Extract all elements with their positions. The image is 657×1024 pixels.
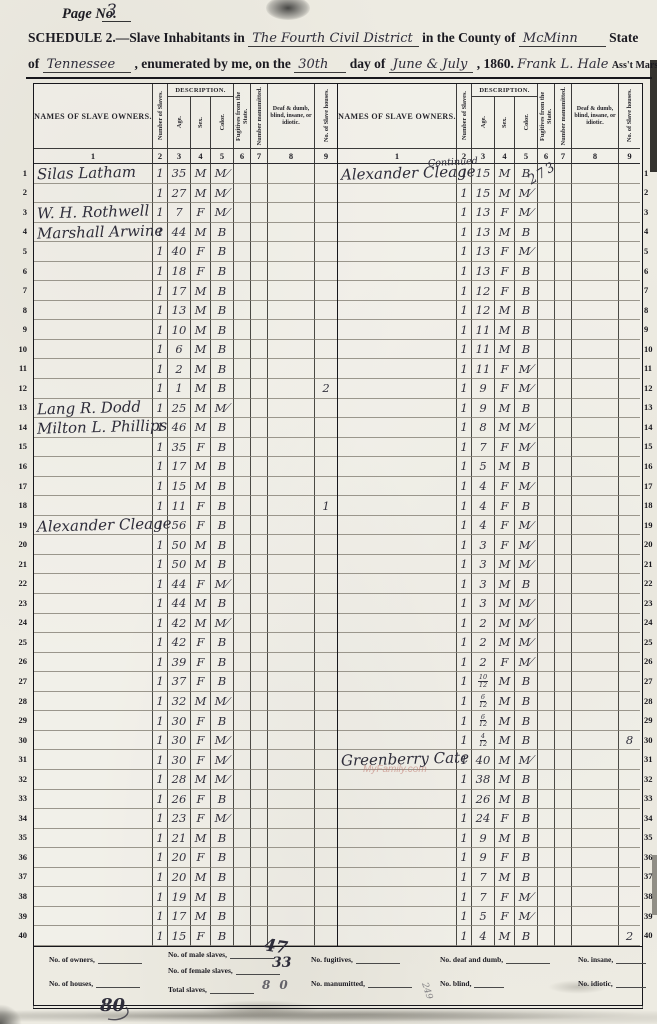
row-number: 9 [12,319,29,339]
deaf-dumb-cell [572,848,619,868]
row-number: 18 [12,495,29,515]
deaf-dumb-cell [572,223,619,243]
age-cell: 38 [472,770,495,790]
owner-cell [338,438,457,458]
age-cell: 5 [472,907,495,927]
deaf-dumb-cell [268,223,315,243]
slave-count-cell: 1 [457,829,472,849]
slave-schedule-table: NAMES OF SLAVE OWNERS. Number of Slaves.… [33,83,643,947]
slave-count-cell: 1 [457,868,472,888]
slave-count-cell: 1 [457,887,472,907]
manumitted-cell [251,477,268,497]
manumitted-cell [251,614,268,634]
age-cell: 13 [472,223,495,243]
slave-count-cell: 1 [457,614,472,634]
slave-count-cell: 1 [153,711,168,731]
age-cell: 42 [168,633,191,653]
fugitives-cell [538,848,555,868]
age-cell: 35 [168,438,191,458]
slave-houses-cell [619,809,640,829]
sex-cell: M [191,340,211,360]
sex-cell: M [191,829,211,849]
age-cell: 13 [168,301,191,321]
owner-cell [338,535,457,555]
houses-total-field: No. of houses, [49,979,140,988]
slave-houses-cell [315,242,337,262]
fugitives-cell [234,848,251,868]
slave-houses-cell [315,770,337,790]
county-label: in the County of [422,30,515,45]
slave-houses-cell [315,633,337,653]
fugitives-cell [234,496,251,516]
slave-houses-cell [619,418,640,438]
color-cell: B [211,320,234,340]
sex-cell: M [191,535,211,555]
row-number: 27 [644,671,657,691]
col-header-description: DESCRIPTION. [472,84,538,97]
year-label: , 1860. [477,56,514,71]
row-number: 35 [644,828,657,848]
owner-cell [34,438,153,458]
column-number: 5 [515,149,538,164]
row-number: 22 [644,573,657,593]
owner-cell: Lang R. Dodd [34,399,153,419]
row-number: 2 [644,183,657,203]
slave-houses-cell [315,750,337,770]
slave-houses-cell [315,418,337,438]
color-cell: B [211,848,234,868]
sex-cell: F [191,262,211,282]
col-header-fugitives: Fugitives from the State. [234,84,251,149]
owners-total-field: No. of owners, [49,955,142,964]
deaf-dumb-cell [268,750,315,770]
sex-cell: M [191,614,211,634]
slave-count-cell: 1 [153,164,168,184]
manumitted-cell [251,359,268,379]
slave-houses-cell [315,340,337,360]
fugitives-cell [234,535,251,555]
owner-cell [338,653,457,673]
col-header-description: DESCRIPTION. [168,84,234,97]
sex-cell: F [191,848,211,868]
manumitted-cell [251,418,268,438]
manumitted-cell [555,711,572,731]
slave-houses-cell [315,809,337,829]
sex-cell: M [191,379,211,399]
manumitted-cell [555,399,572,419]
manumitted-cell [555,750,572,770]
slave-count-cell: 1 [457,301,472,321]
sex-cell: F [191,653,211,673]
manumitted-cell [251,692,268,712]
col-header-names: NAMES OF SLAVE OWNERS. [338,84,457,149]
row-number: 5 [644,241,657,261]
row-number: 29 [644,710,657,730]
deaf-dumb-cell [268,887,315,907]
slave-count-cell: 1 [153,535,168,555]
manumitted-cell [555,320,572,340]
row-number: 19 [12,515,29,535]
deaf-dumb-cell [268,790,315,810]
fugitives-cell [538,262,555,282]
row-number: 34 [644,808,657,828]
manumitted-cell [251,320,268,340]
fugitives-cell [538,477,555,497]
slave-houses-cell [315,281,337,301]
row-number: 33 [644,789,657,809]
deaf-dumb-cell [572,711,619,731]
color-cell: B [515,340,538,360]
color-cell: B [515,223,538,243]
sex-cell: M [495,320,515,340]
deaf-dumb-cell [268,379,315,399]
sex-cell: M [495,418,515,438]
slave-houses-cell [315,438,337,458]
owner-cell: Silas Latham [34,164,153,184]
sex-cell: M [495,457,515,477]
color-cell: B [211,359,234,379]
age-cell: 50 [168,555,191,575]
row-number: 31 [644,749,657,769]
slave-count-cell: 1 [457,418,472,438]
slave-count-cell: 1 [457,770,472,790]
slave-houses-cell [315,672,337,692]
header-rule [26,77,652,79]
slave-houses-cell [619,633,640,653]
row-number: 24 [644,613,657,633]
row-number: 38 [12,886,29,906]
row-number: 13 [12,398,29,418]
row-number: 23 [644,593,657,613]
age-cell: 6 [168,340,191,360]
color-cell: B [211,555,234,575]
owner-cell [338,184,457,204]
manumitted-cell [555,848,572,868]
age-cell: 7 [472,868,495,888]
color-cell: B [211,418,234,438]
column-number: 8 [572,149,619,164]
manumitted-cell [251,848,268,868]
sex-cell: F [191,731,211,751]
slave-count-cell: 1 [153,379,168,399]
slave-houses-cell [315,184,337,204]
column-number: 6 [234,149,251,164]
sex-cell: F [495,516,515,536]
owner-cell [34,555,153,575]
row-number: 10 [644,339,657,359]
row-number: 23 [12,593,29,613]
col-header-manumitted: Number manumitted. [251,84,268,149]
manumitted-cell [555,184,572,204]
sex-cell: M [191,692,211,712]
slave-houses-cell [619,301,640,321]
sex-cell: M [191,418,211,438]
deaf-dumb-cell [268,359,315,379]
deaf-dumb-cell [572,868,619,888]
age-cell: 2 [472,653,495,673]
owner-cell [338,574,457,594]
schedule-title-line1: SCHEDULE 2.—Slave Inhabitants in The Fou… [28,30,652,46]
deaf-dumb-cell [572,516,619,536]
age-cell: 3 [472,555,495,575]
slave-count-cell: 1 [457,203,472,223]
owner-cell [338,457,457,477]
sex-cell: M [495,164,515,184]
fugitives-cell [538,242,555,262]
state-field: Tennessee [43,57,132,73]
manumitted-cell [555,907,572,927]
slave-count-cell: 1 [153,301,168,321]
total-slaves-value: 80 [262,978,297,992]
deaf-dumb-cell [268,711,315,731]
fugitives-cell [234,594,251,614]
slave-houses-cell [315,516,337,536]
row-number: 19 [644,515,657,535]
slave-count-cell: 1 [457,653,472,673]
fugitives-cell [234,574,251,594]
row-number: 6 [12,261,29,281]
manumitted-cell [555,535,572,555]
sex-cell: M [495,184,515,204]
slave-houses-cell: 8 [619,731,640,751]
row-number: 31 [12,749,29,769]
slave-houses-cell [619,770,640,790]
slave-houses-cell [619,653,640,673]
slave-count-cell: 1 [153,574,168,594]
owner-cell [34,496,153,516]
manumitted-cell [555,574,572,594]
color-cell: M∕ [515,535,538,555]
slave-count-cell: 1 [153,829,168,849]
slave-count-cell: 1 [153,868,168,888]
slave-houses-cell [619,203,640,223]
slave-count-cell: 1 [457,379,472,399]
slave-houses-cell [619,711,640,731]
fugitives-cell [538,340,555,360]
deaf-dumb-cell [268,770,315,790]
fugitives-cell [234,203,251,223]
col-header-manumitted: Number manumitted. [555,84,572,149]
slave-houses-cell [619,379,640,399]
deaf-dumb-cell [268,301,315,321]
sex-cell: M [191,594,211,614]
row-number: 15 [644,437,657,457]
deaf-dumb-cell [268,614,315,634]
of-label: of [28,56,39,71]
deaf-dumb-cell [572,790,619,810]
slave-houses-cell [619,887,640,907]
color-cell: B [211,633,234,653]
deaf-dumb-cell [572,555,619,575]
color-cell: B [211,262,234,282]
manumitted-cell [251,184,268,204]
column-number: 4 [191,149,211,164]
fugitives-cell [538,653,555,673]
sex-cell: F [191,790,211,810]
row-number: 11 [644,358,657,378]
slave-count-cell: 1 [457,438,472,458]
blind-total-field: No. blind, [440,979,504,988]
manumitted-cell [555,829,572,849]
col-header-sex: Sex. [495,97,515,149]
owner-cell [34,262,153,282]
manumitted-cell [555,790,572,810]
row-number: 39 [12,906,29,926]
sex-cell: F [495,262,515,282]
age-cell: 44 [168,223,191,243]
fugitives-cell [234,457,251,477]
slave-count-cell: 1 [153,887,168,907]
slave-houses-cell: 1 [315,496,337,516]
color-cell: M∕ [515,203,538,223]
fugitives-cell [234,790,251,810]
manumitted-cell [555,359,572,379]
row-number: 28 [12,691,29,711]
color-cell: B [211,653,234,673]
slave-houses-cell [315,535,337,555]
manumitted-cell [555,418,572,438]
slave-houses-cell [315,574,337,594]
color-cell: B [211,340,234,360]
slave-count-cell: 1 [457,711,472,731]
col-header-age: Age. [168,97,191,149]
color-cell: B [211,379,234,399]
manumitted-cell [251,770,268,790]
color-cell: M∕ [515,379,538,399]
owner-cell: Alexander Cleage [34,516,153,536]
color-cell: M∕ [211,770,234,790]
age-cell: 15 [472,184,495,204]
sex-cell: F [495,653,515,673]
fugitives-cell [538,359,555,379]
slave-houses-cell: 2 [315,379,337,399]
sex-cell: M [495,750,515,770]
deaf-dumb-cell [268,574,315,594]
deaf-dumb-cell [572,359,619,379]
deaf-dumb-cell [572,164,619,184]
color-cell: B [515,262,538,282]
manumitted-cell [555,770,572,790]
slave-houses-cell [619,790,640,810]
color-cell: M∕ [515,516,538,536]
manumitted-cell [251,496,268,516]
slave-count-cell: 1 [457,692,472,712]
column-number: 9 [619,149,640,164]
color-cell: B [515,926,538,946]
owner-cell [34,477,153,497]
sex-cell: M [191,281,211,301]
age-cell: 46 [168,418,191,438]
age-cell: 30 [168,711,191,731]
slave-houses-cell [619,535,640,555]
deaf-dumb-cell [268,320,315,340]
deaf-dumb-cell [572,672,619,692]
female-total-value: 33 [272,955,291,971]
row-number: 7 [644,280,657,300]
color-cell: M∕ [515,750,538,770]
manumitted-cell [555,516,572,536]
owner-cell [338,262,457,282]
marshal-name-field: Frank L. Hale [517,57,608,72]
deaf-dumb-cell [268,418,315,438]
slave-houses-cell [619,672,640,692]
deaf-dumb-cell [268,633,315,653]
color-cell: B [211,535,234,555]
slave-count-cell: 1 [457,594,472,614]
column-number: 8 [268,149,315,164]
color-cell: B [211,868,234,888]
fugitives-cell [538,887,555,907]
manumitted-cell [251,711,268,731]
manumitted-cell [555,223,572,243]
slave-houses-cell [315,223,337,243]
manumitted-cell [251,281,268,301]
deaf-dumb-cell [268,164,315,184]
sex-cell: M [495,594,515,614]
color-cell: B [515,829,538,849]
fugitives-cell [538,750,555,770]
pen-flourish [96,1006,136,1024]
female-slaves-total-field: No. of female slaves, [168,966,280,975]
manumitted-cell [555,496,572,516]
manumitted-total-field: No. manumitted, [311,979,412,988]
deaf-dumb-cell [572,457,619,477]
color-cell: B [515,868,538,888]
age-cell: 44 [168,574,191,594]
age-cell: 27 [168,184,191,204]
manumitted-cell [555,887,572,907]
owner-cell [34,379,153,399]
row-number: 40 [644,925,657,945]
slave-houses-cell [315,887,337,907]
sex-cell: M [191,184,211,204]
owner-cell [34,848,153,868]
slave-houses-cell [315,359,337,379]
month-field: June & July [389,57,474,73]
sex-cell: M [191,301,211,321]
col-header-number-of-slaves: Number of Slaves. [153,84,168,149]
male-slaves-total-field: No. of male slaves, [168,950,274,959]
sex-cell: F [495,203,515,223]
age-cell: 23 [168,809,191,829]
fugitives-cell [234,887,251,907]
owner-cell [338,926,457,946]
manumitted-cell [251,868,268,888]
age-cell: 28 [168,770,191,790]
deaf-dumb-cell [268,848,315,868]
owner-cell: Milton L. Phillips [34,418,153,438]
manumitted-cell [555,262,572,282]
owner-cell [34,242,153,262]
column-number: 5 [211,149,234,164]
fugitives-cell [234,164,251,184]
fugitives-cell [234,672,251,692]
deaf-dumb-cell [268,516,315,536]
manumitted-cell [251,829,268,849]
slave-count-cell: 1 [153,692,168,712]
slave-houses-cell [619,477,640,497]
slave-count-cell: 1 [153,614,168,634]
deaf-dumb-cell [572,496,619,516]
row-number: 1 [12,163,29,183]
owner-cell [34,281,153,301]
color-cell: B [211,496,234,516]
sex-cell: M [191,164,211,184]
owner-cell: Greenberry Cate [338,750,457,770]
age-cell: 4 [472,926,495,946]
color-cell: B [515,848,538,868]
col-header-color: Color. [515,97,538,149]
